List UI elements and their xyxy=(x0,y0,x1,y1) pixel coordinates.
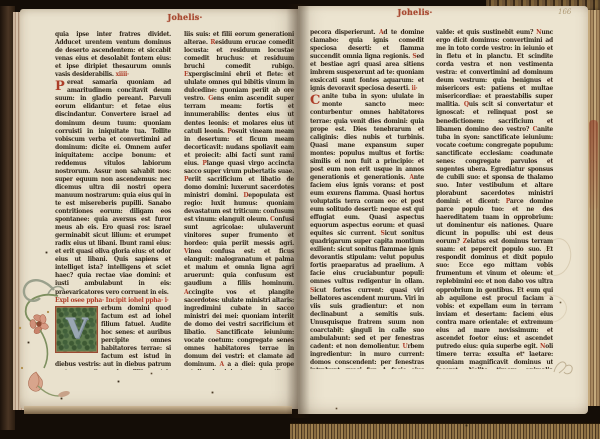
text-run: nte faciem eius ignis vorans: et post eu… xyxy=(310,174,424,237)
red-edge-stain xyxy=(589,120,598,210)
folio-number: 166 xyxy=(558,8,571,16)
text-run: icut fortes current: quasi viri bellator… xyxy=(310,287,424,350)
floral-vine-decoration xyxy=(14,268,74,413)
right-page-column-1: pecora disperierunt. Ad te domine clamab… xyxy=(310,29,424,369)
text-run: pecora disperierunt. xyxy=(310,29,379,36)
lombard-initial: P xyxy=(55,79,65,94)
lombard-initial: C xyxy=(310,93,320,108)
text-run: anite tuba in syon: sanctificate ieiuniu… xyxy=(436,126,553,205)
gilt-page-edges-bottom xyxy=(290,423,600,439)
ink-specks xyxy=(0,0,1,1)
running-head-right: Johelis· xyxy=(300,7,530,17)
chapter-numeral: xiiii· xyxy=(116,71,129,78)
flower-upper xyxy=(29,314,49,336)
marginal-handwriting-mark xyxy=(552,358,576,380)
text-run: unc ergo dicit dominus: convertimini ad … xyxy=(436,29,553,108)
text-run: anite tuba in syon: ululate in monte san… xyxy=(310,93,424,180)
chapter-numeral: ii· xyxy=(412,85,418,92)
text-run: elatus est dominus terram suam: et peper… xyxy=(436,238,553,350)
text-run: inea confusa est: et ficus elanguit: mal… xyxy=(184,248,294,287)
running-head-left: Johelis· xyxy=(65,12,305,22)
text-run: valde: et quis sustinebit eum? xyxy=(436,29,536,36)
left-page-column-2: liis suis: et filii eorum generationi al… xyxy=(184,31,294,370)
book-spread-photo: Johelis· Johelis· 166 quia ipse inter fr… xyxy=(0,0,600,439)
parchment-discoloration xyxy=(60,120,150,280)
text-run: icut sonitus quadrigarum super capita mo… xyxy=(310,230,424,285)
text-run: quia ipse inter fratres dividet. Adducet… xyxy=(55,31,171,78)
